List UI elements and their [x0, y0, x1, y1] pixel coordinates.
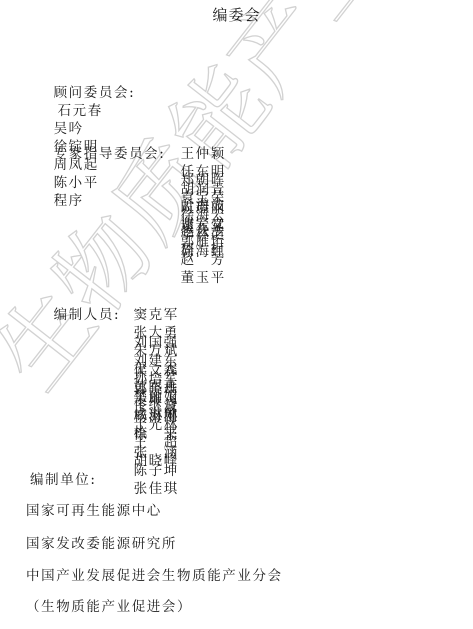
compiler-member: 徐 来 [134, 426, 179, 444]
compiling-unit: 中国产业发展促进会生物质能产业分会 [26, 567, 283, 585]
compiler-member: 张 涵 [134, 444, 179, 462]
expert-committee-label: 专家指导委员会: [54, 146, 166, 162]
advisory-committee-label: 顾问委员会: [54, 85, 136, 101]
compiling-unit: 国家可再生能源中心 [26, 502, 162, 520]
compiler-member: 于雄飞 [134, 390, 179, 408]
compiler-member: 张佳琪 [134, 480, 179, 498]
advisory-member: 程序 [54, 192, 84, 210]
advisory-member: 石元春 [58, 102, 103, 120]
expert-member: 赵云浩 [181, 223, 226, 241]
compiler-member: 杨海刚 [134, 408, 179, 426]
compiling-units-label: 编制单位: [30, 471, 97, 489]
compiling-unit: 国家发改委能源研究所 [26, 535, 177, 553]
expert-member: 周 桓 [181, 241, 226, 259]
expert-committee-row: 赵云浩 周 桓 [157, 205, 232, 277]
editorial-board-page: 生物质能产业促进会 编委会 顾问委员会: 石元春 吴吟 徐锭明 周凤起 陈小平 … [0, 0, 473, 629]
compilers-row: 于雄飞 杨海刚 徐 来 张 涵 陈子坤 张佳琪 [110, 372, 185, 516]
compiler-member: 陈子坤 [134, 462, 179, 480]
expert-committee-label-row: 专家指导委员会: [30, 127, 165, 181]
compiling-unit: （生物质能产业促进会） [26, 598, 192, 616]
compilers-label-row: 编制人员: [30, 288, 120, 342]
page-title: 编委会 [0, 4, 473, 25]
